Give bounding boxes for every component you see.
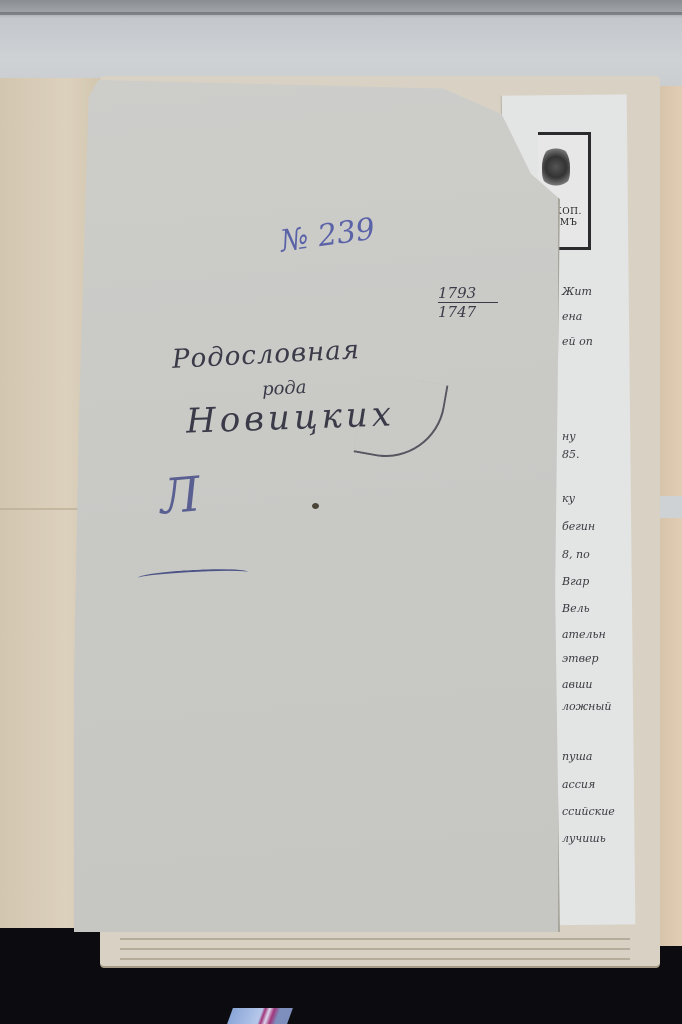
handwritten-line: ательн <box>562 628 606 641</box>
double-headed-eagle-icon <box>542 145 570 189</box>
handwritten-line: 8, по <box>562 548 590 561</box>
handwritten-line: ена <box>562 310 582 323</box>
sheet-edge <box>120 938 630 940</box>
handwritten-line: 85. <box>562 448 580 461</box>
ink-stain <box>312 503 319 509</box>
sheet-edge <box>120 958 630 960</box>
pencil-mark: Л <box>158 466 203 525</box>
handwritten-line: ложный <box>562 700 611 713</box>
handwritten-line: этвер <box>562 652 599 665</box>
handwritten-line: ну <box>562 430 576 443</box>
handwritten-line: лучишь <box>562 832 606 845</box>
handwritten-line: ку <box>562 492 575 505</box>
handwritten-line: Вель <box>562 602 590 615</box>
handwritten-line: бегин <box>562 520 595 533</box>
handwritten-line: Жит <box>562 285 592 298</box>
sheet-edge <box>120 948 630 950</box>
handwritten-line: авши <box>562 678 592 691</box>
handwritten-line: ссийские <box>562 805 615 818</box>
handwritten-line: ей оп <box>562 335 593 348</box>
handwritten-line: ассия <box>562 778 595 791</box>
handwritten-line: пуша <box>562 750 592 763</box>
date-end: 1747 <box>438 303 476 321</box>
handwritten-line: Вгар <box>562 575 589 588</box>
fabric-corner <box>227 1008 293 1024</box>
date-start: 1793 <box>438 284 498 303</box>
date-range: 1793 1747 <box>438 284 498 321</box>
wall-edge <box>0 12 682 15</box>
